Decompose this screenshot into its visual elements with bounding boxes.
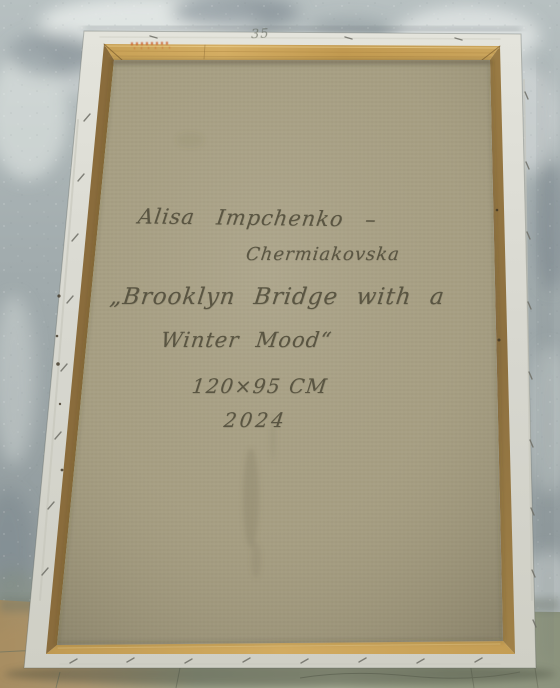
photo-scene: Alisa Impchenko – Chermiakovska „Brookly…	[0, 0, 560, 688]
linen-canvas-back	[57, 60, 503, 645]
canvas-back-photo	[0, 0, 560, 688]
